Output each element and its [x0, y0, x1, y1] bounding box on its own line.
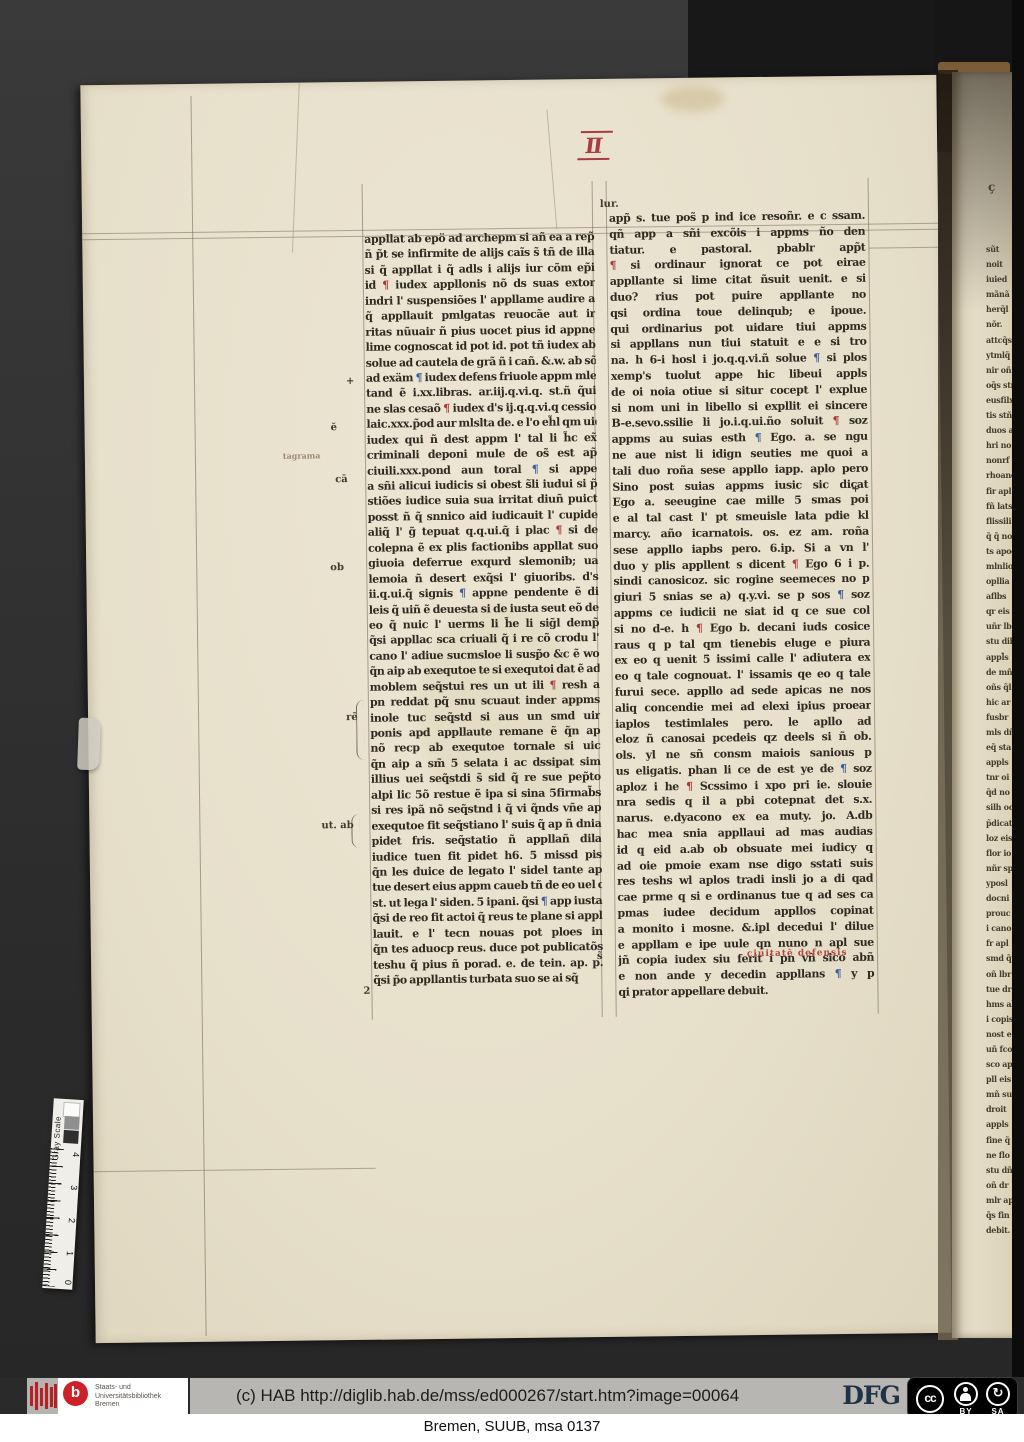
cc-icon: cc	[916, 1385, 944, 1413]
ruler-number: 1	[65, 1251, 75, 1257]
ruler-number: 0	[63, 1280, 73, 1286]
scan-edge-black	[1012, 0, 1024, 1377]
ruling-line-vertical	[190, 96, 206, 1336]
cc-sa-group: ↻ SA	[986, 1382, 1010, 1416]
bremen-logo-text: Staats- und Universitätsbibliothek Breme…	[95, 1384, 161, 1410]
margin-note-s: s̃	[597, 951, 603, 962]
margin-note-ut-ab: ut. ab	[321, 820, 353, 831]
copyright-url-text: (c) HAB http://diglib.hab.de/mss/ed00026…	[236, 1378, 739, 1414]
ruling-line-horizontal	[94, 1168, 376, 1172]
page-mount-clip	[77, 718, 101, 771]
ruler-number: 4	[71, 1152, 81, 1158]
gray-patch-dark	[63, 1130, 79, 1144]
cc-sa-arrow-icon: ↻	[986, 1382, 1010, 1406]
ruler-number: 2	[67, 1218, 77, 1224]
bremen-logo-line: Bremen	[95, 1401, 161, 1410]
person-head	[963, 1387, 968, 1392]
bremen-logo-line: Staats- und	[95, 1384, 161, 1393]
logo-stripe	[45, 1383, 48, 1409]
digitized-manuscript-scan: Ⅱ appllat ab epö ad archepm si añ ea a r…	[0, 0, 1024, 1442]
parchment-crease	[292, 83, 300, 253]
caption-bar: (c) HAB http://diglib.hab.de/mss/ed00026…	[190, 1378, 910, 1414]
cc-license-badge: cc BY ↻ SA	[907, 1377, 1018, 1419]
margin-plus-mark: +	[851, 484, 860, 495]
margin-note-lur: lur.	[600, 199, 619, 210]
bremen-library-logo: b Staats- und Universitätsbibliothek Bre…	[58, 1378, 188, 1414]
text-line: qi prator appellare debuit.	[618, 982, 874, 1001]
logo-stripe	[54, 1384, 57, 1408]
hab-stripes-logo	[27, 1378, 58, 1414]
parchment-crease	[546, 110, 557, 230]
ruler-ticks-major	[42, 1148, 63, 1287]
manuscript-page: Ⅱ appllat ab epö ad archepm si añ ea a r…	[80, 75, 951, 1343]
grayscale-ruler: Gray Scale 43210	[42, 1098, 84, 1289]
text-line: e non ande y decedin appllans ¶ y p	[618, 966, 874, 985]
text-column-2: app̃ s. tue pos̃ p ind ice resoñr. e c s…	[609, 208, 875, 1001]
ruler-number: 3	[69, 1185, 79, 1191]
bremen-logo-line: Universitätsbibliothek	[95, 1393, 161, 1402]
gray-patch-mid	[64, 1116, 80, 1130]
rubric-margin-note: ciuitatē defensis	[747, 948, 848, 959]
margin-note-ob: ob	[330, 562, 344, 573]
facing-page-edge: ç sũtnoitiuiedmãnãherq̃lnõr.attcq̃sytmlq…	[952, 72, 1012, 1338]
folio-number-rubric: Ⅱ	[577, 131, 612, 160]
logo-stripe	[40, 1388, 43, 1406]
text-line: q̃si p̃o appllantis turbata suo se ai sq…	[373, 970, 603, 988]
text-column-1: appllat ab epö ad archepm si añ ea a rep…	[364, 229, 603, 988]
cc-by-person-icon	[954, 1382, 978, 1406]
margin-note-e: ĕ	[330, 422, 337, 433]
margin-note-2: 2	[363, 986, 370, 997]
person-body	[960, 1393, 971, 1401]
photo-area: Ⅱ appllat ab epö ad archepm si añ ea a r…	[0, 0, 1024, 1377]
cc-by-group: BY	[954, 1382, 978, 1416]
margin-plus-mark: +	[346, 376, 355, 387]
shelfmark-caption: Bremen, SUUB, msa 0137	[0, 1414, 1024, 1442]
margin-note-ca: cā	[335, 474, 348, 485]
margin-brace	[351, 814, 359, 848]
bremen-b-icon: b	[63, 1381, 88, 1406]
margin-note-tagrama: tagrama	[283, 450, 321, 460]
dfg-logo: DFG	[842, 1378, 900, 1414]
logo-stripe	[30, 1386, 33, 1406]
sa-arrow-glyph: ↻	[988, 1384, 1008, 1403]
ruling-line-horizontal	[868, 247, 938, 249]
parchment-stain	[660, 85, 724, 112]
logo-stripe	[35, 1382, 38, 1410]
margin-brace	[356, 700, 365, 760]
logo-stripe	[50, 1387, 53, 1407]
facing-page-mark: ç	[988, 180, 995, 194]
